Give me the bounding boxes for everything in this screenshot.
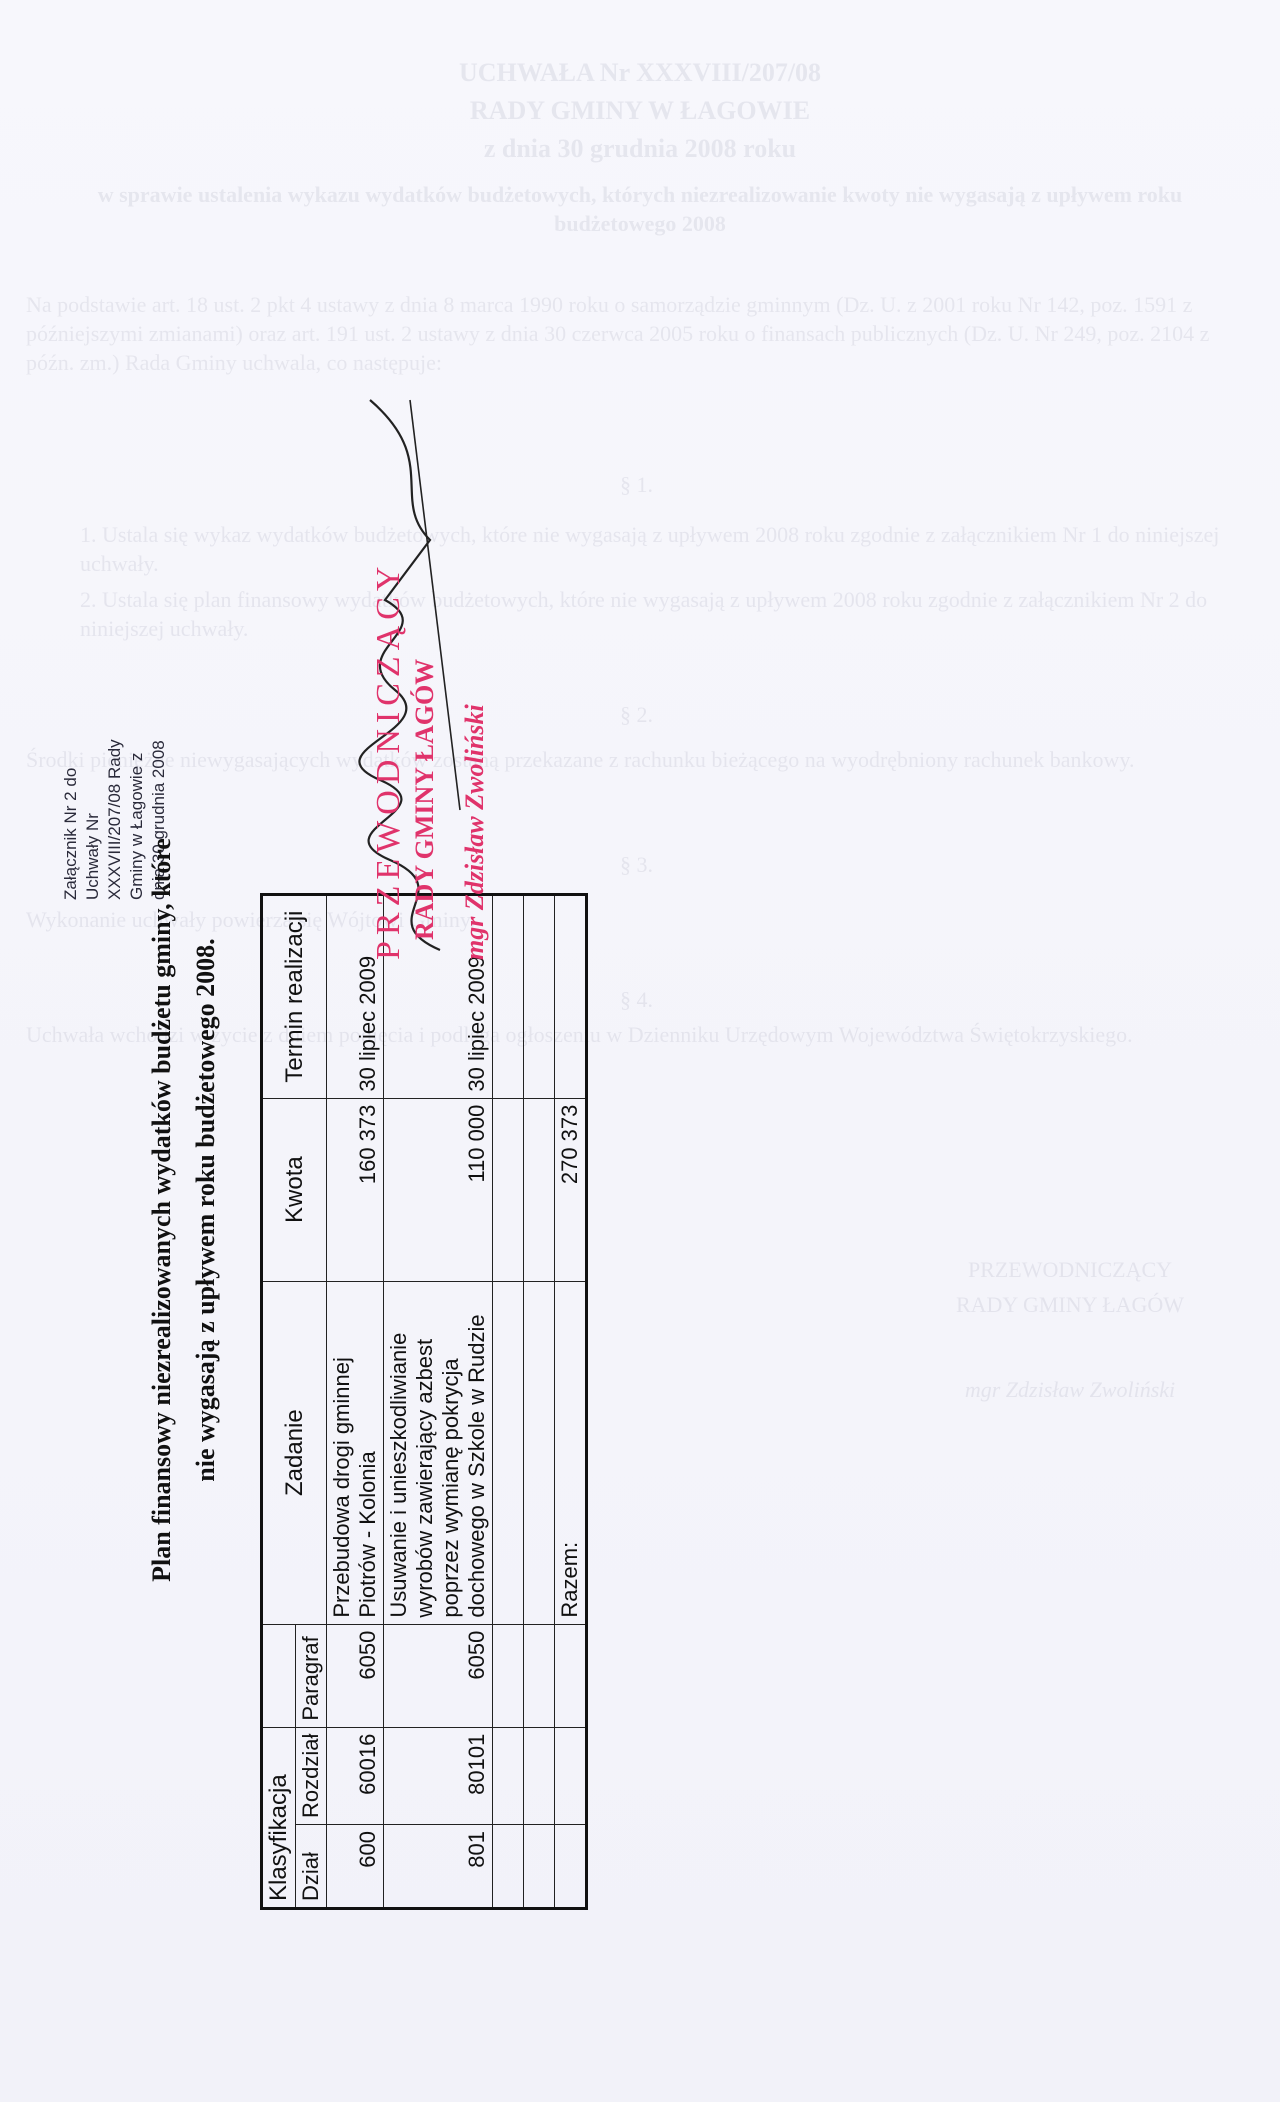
header-rozdzial: Rozdział	[296, 1727, 327, 1824]
title-line-1: Plan finansowy niezrealizowanych wydatkó…	[140, 560, 184, 1860]
cell-rozdzial: 80101	[384, 1727, 493, 1824]
total-value: 270 373	[555, 1098, 587, 1281]
annex-line: Uchwały Nr	[82, 640, 104, 900]
financial-plan-table: Klasyfikacja Zadanie Kwota Termin realiz…	[260, 893, 588, 1910]
header-klasyfikacja: Klasyfikacja	[262, 1727, 296, 1908]
table-row: 600 60016 6050 Przebudowa drogi gminnej …	[327, 894, 384, 1908]
total-label: Razem:	[555, 1281, 587, 1624]
cell-paragraf: 6050	[327, 1624, 384, 1727]
ghost-stamp-2: RADY GMINY ŁAGÓW	[880, 1290, 1260, 1319]
cell-dzial: 801	[384, 1825, 493, 1909]
header-dzial: Dział	[296, 1825, 327, 1909]
cell-rozdzial: 60016	[327, 1727, 384, 1824]
ghost-title-3: z dnia 30 grudnia 2008 roku	[0, 134, 1280, 164]
ghost-stamp-3: mgr Zdzisław Zwoliński	[880, 1375, 1260, 1404]
ghost-paragraph: § 1.	[620, 470, 653, 499]
header-termin: Termin realizacji	[262, 894, 327, 1098]
header-zadanie: Zadanie	[262, 1281, 327, 1624]
table-row-empty	[524, 894, 555, 1908]
header-paragraf: Paragraf	[296, 1624, 327, 1727]
document-title: Plan finansowy niezrealizowanych wydatkó…	[140, 560, 228, 1860]
table-header-row: Klasyfikacja Zadanie Kwota Termin realiz…	[262, 894, 296, 1908]
stamp-title: PRZEWODNICZĄCY	[370, 561, 408, 960]
table-row-empty	[493, 894, 524, 1908]
ghost-title-2: RADY GMINY W ŁAGOWIE	[0, 96, 1280, 126]
table-total-row: Razem: 270 373	[555, 894, 587, 1908]
ghost-stamp-1: PRZEWODNICZĄCY	[880, 1255, 1260, 1284]
header-kwota: Kwota	[262, 1098, 327, 1281]
cell-zadanie: Usuwanie i unieszkodliwianie wyrobów zaw…	[384, 1281, 493, 1624]
cell-zadanie: Przebudowa drogi gminnej Piotrów - Kolon…	[327, 1281, 384, 1624]
chairman-stamp: PRZEWODNICZĄCY RADY GMINY ŁAGÓW mgr Zdzi…	[370, 360, 540, 960]
annex-line: Załącznik Nr 2 do	[60, 640, 82, 900]
header-spacer	[262, 1624, 296, 1727]
ghost-title-1: UCHWAŁA Nr XXXVIII/207/08	[0, 58, 1280, 88]
annex-line: XXXVIII/207/08 Rady	[104, 640, 126, 900]
stamp-council: RADY GMINY ŁAGÓW	[410, 659, 440, 940]
ghost-subtitle: w sprawie ustalenia wykazu wydatków budż…	[40, 180, 1240, 238]
rotated-annex-content: Załącznik Nr 2 do Uchwały Nr XXXVIII/207…	[140, 560, 740, 2000]
cell-paragraf: 6050	[384, 1624, 493, 1727]
stamp-name: mgr Zdzisław Zwoliński	[460, 704, 490, 960]
cell-dzial: 600	[327, 1825, 384, 1909]
cell-kwota: 160 373	[327, 1098, 384, 1281]
cell-kwota: 110 000	[384, 1098, 493, 1281]
table-row: 801 80101 6050 Usuwanie i unieszkodliwia…	[384, 894, 493, 1908]
title-line-2: nie wygasają z upływem roku budżetowego …	[184, 560, 228, 1860]
ghost-paragraph: Na podstawie art. 18 ust. 2 pkt 4 ustawy…	[26, 290, 1256, 377]
